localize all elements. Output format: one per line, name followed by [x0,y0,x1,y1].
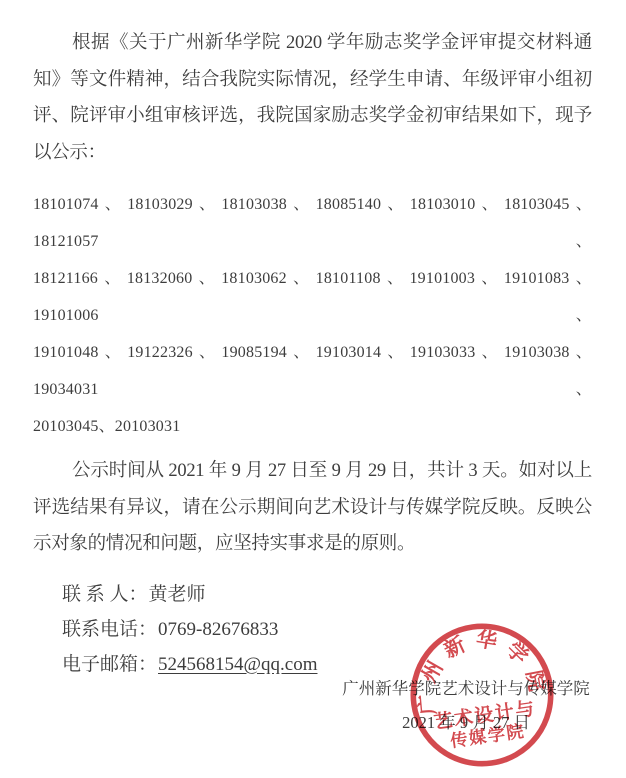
signature-block: 广州新华学院艺术设计与传媒学院 2021 年 9 月 27 日 [326,678,606,734]
contact-email-value: 524568154@qq.com [158,654,317,675]
contact-person-label: 联 系 人： [62,584,148,605]
student-id-line: 18101074、18103029、18103038、18085140、1810… [33,186,592,260]
student-id-line: 19101048、19122326、19085194、19103014、1910… [33,334,592,408]
contact-phone-row: 联系电话：0769-82676833 [62,612,592,647]
contact-person-value: 黄老师 [149,584,206,605]
contact-person-row: 联 系 人：黄老师 [62,577,592,612]
student-id-list: 18101074、18103029、18103038、18085140、1810… [33,186,592,445]
contact-phone-value: 0769-82676833 [158,619,278,640]
contact-email-row: 电子邮箱：524568154@qq.com [62,647,592,682]
signature-date: 2021 年 9 月 27 日 [326,712,606,734]
intro-paragraph: 根据《关于广州新华学院 2020 学年励志奖学金评审提交材料通知》等文件精神，结… [33,25,592,171]
notice-paragraph: 公示时间从 2021 年 9 月 27 日至 9 月 29 日，共计 3 天。如… [33,453,592,563]
student-id-line: 18121166、18132060、18103062、18101108、1910… [33,260,592,334]
student-id-line: 20103045、20103031 [33,408,592,445]
contact-phone-label: 联系电话： [62,619,157,640]
signature-org: 广州新华学院艺术设计与传媒学院 [326,678,606,700]
contact-email-label: 电子邮箱： [62,654,157,675]
contact-block: 联 系 人：黄老师 联系电话：0769-82676833 电子邮箱：524568… [62,577,592,682]
document-page: 根据《关于广州新华学院 2020 学年励志奖学金评审提交材料通知》等文件精神，结… [0,0,626,778]
